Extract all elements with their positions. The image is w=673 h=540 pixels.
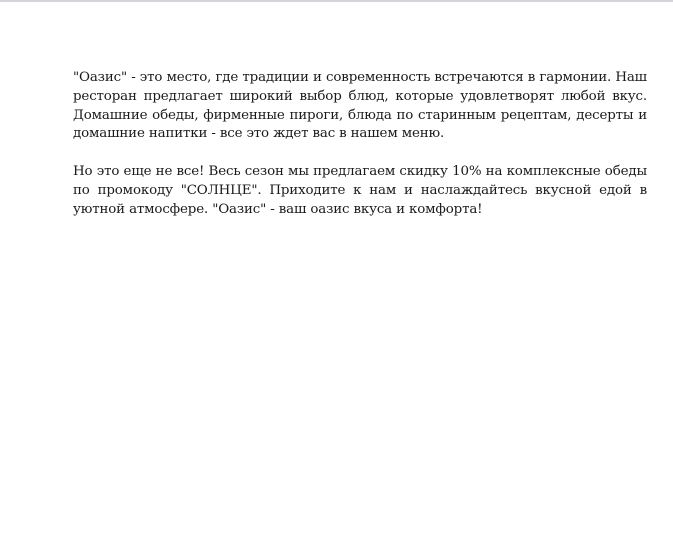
paragraph-intro: "Оазис" - это место, где традиции и совр… <box>73 69 647 144</box>
paragraph-promo: Но это еще не все! Весь сезон мы предлаг… <box>73 163 647 219</box>
document-body: "Оазис" - это место, где традиции и совр… <box>73 69 647 238</box>
